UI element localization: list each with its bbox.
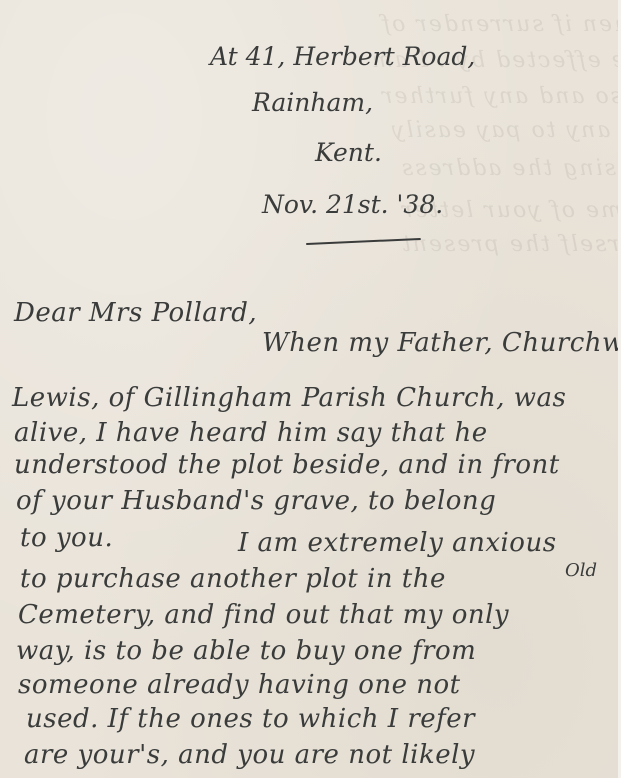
bleed-through-text: care of cost in any to pay easily xyxy=(390,118,621,143)
body-line-6a: to you. xyxy=(20,525,113,551)
body-line-3: alive, I have heard him say that he xyxy=(14,420,488,446)
body-line-6b: I am extremely anxious xyxy=(238,530,557,556)
body-line-7: to purchase another plot in the xyxy=(20,566,446,592)
bleed-through-text: but you have also and any further xyxy=(380,84,621,109)
bleed-through-text: I am enclosing the address xyxy=(400,156,621,181)
body-line-9: way, is to be able to buy one from xyxy=(16,638,476,664)
letter-page: but to you when if surrender of ownershi… xyxy=(0,0,621,778)
body-line-12: are your's, and you are not likely xyxy=(24,742,475,768)
body-line-8: Cemetery, and find out that my only xyxy=(18,602,509,628)
body-line-5: of your Husband's grave, to belong xyxy=(16,488,496,514)
address-line-3: Kent. xyxy=(315,140,382,165)
salutation: Dear Mrs Pollard, xyxy=(14,300,257,326)
address-line-2: Rainham, xyxy=(252,90,373,115)
address-line-1: At 41, Herbert Road, xyxy=(210,44,475,69)
superscript-insert: Old xyxy=(565,560,597,581)
body-line-1: When my Father, Churchwarden xyxy=(262,330,621,356)
body-line-2: Lewis, of Gillingham Parish Church, was xyxy=(12,385,566,411)
letter-date: Nov. 21st. '38. xyxy=(262,192,443,217)
body-line-4: understood the plot beside, and in front xyxy=(14,452,560,478)
bleed-through-text: and obliged of yourself the present xyxy=(400,232,621,257)
body-line-10: someone already having one not xyxy=(18,672,461,698)
bleed-through-text: but to you when if surrender of xyxy=(380,12,621,37)
body-line-11: used. If the ones to which I refer xyxy=(26,706,475,732)
